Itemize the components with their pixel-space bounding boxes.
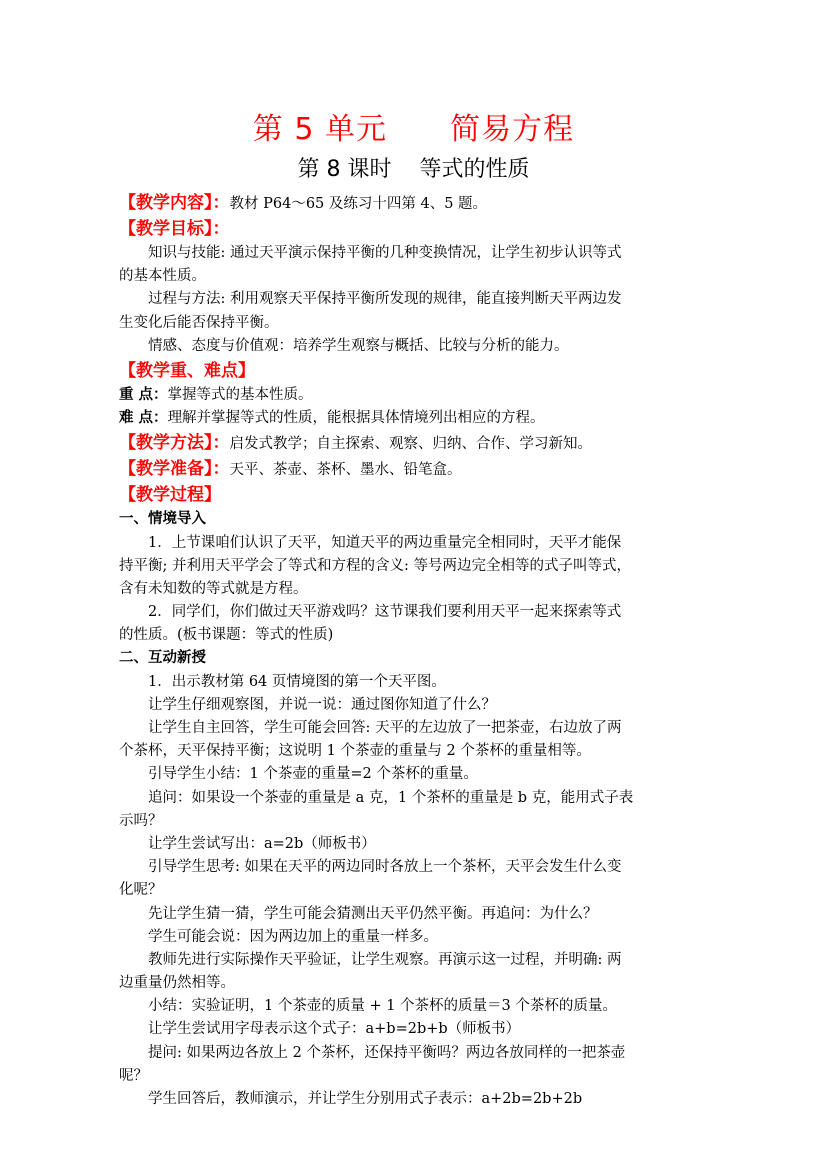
paragraph-line: 呢？ xyxy=(119,1065,709,1088)
paragraph-line: 先让学生猜一猜，学生可能会猜测出天平仍然平衡。再追问：为什么？ xyxy=(119,903,709,926)
paragraph-line: 教师先进行实际操作天平验证，让学生观察。再演示这一过程，并明确: 两 xyxy=(119,949,709,972)
key-point-label: 重 点： xyxy=(119,387,168,403)
teaching-preparation-text: 天平、茶壶、茶杯、墨水、铅笔盒。 xyxy=(230,462,462,478)
paragraph-line: 化呢？ xyxy=(119,879,709,902)
paragraph-line: 1．出示教材第 64 页情境图的第一个天平图。 xyxy=(119,671,709,694)
teaching-content-label: 【教学内容】： xyxy=(119,193,230,213)
key-point: 重 点：掌握等式的基本性质。 xyxy=(119,384,709,407)
key-points-label: 【教学重、难点】 xyxy=(119,361,255,381)
section-heading-intro: 一、情境导入 xyxy=(119,508,709,531)
teaching-process-label: 【教学过程】 xyxy=(119,485,221,505)
paragraph-line: 引导学生思考: 如果在天平的两边同时各放上一个茶杯，天平会发生什么变 xyxy=(119,856,709,879)
paragraph-line: 边重量仍然相等。 xyxy=(119,972,709,995)
paragraph-line: 2．同学们，你们做过天平游戏吗？这节课我们要利用天平一起来探索等式 xyxy=(119,601,709,624)
objective-paragraph-cont: 生变化后能否保持平衡。 xyxy=(119,312,709,335)
objective-paragraph-cont: 的基本性质。 xyxy=(119,265,709,288)
difficult-point-text: 理解并掌握等式的性质，能根据具体情境列出相应的方程。 xyxy=(168,410,545,426)
paragraph-line: 让学生尝试用字母表示这个式子：a+b=2b+b（师板书） xyxy=(119,1018,709,1041)
paragraph-line: 的性质。(板书课题：等式的性质) xyxy=(119,624,709,647)
paragraph-line: 让学生尝试写出：a=2b（师板书） xyxy=(119,833,709,856)
key-point-text: 掌握等式的基本性质。 xyxy=(168,387,313,403)
difficult-point: 难 点：理解并掌握等式的性质，能根据具体情境列出相应的方程。 xyxy=(119,407,709,430)
paragraph-line: 提问: 如果两边各放上 2 个茶杯，还保持平衡吗？两边各放同样的一把茶壶 xyxy=(119,1042,709,1065)
paragraph-line: 学生回答后，教师演示，并让学生分别用式子表示：a+2b=2b+2b xyxy=(119,1088,709,1111)
paragraph-line: 示吗？ xyxy=(119,810,709,833)
teaching-preparation: 【教学准备】：天平、茶壶、茶杯、墨水、铅笔盒。 xyxy=(119,456,709,482)
paragraph-line: 引导学生小结：1 个茶壶的重量=2 个茶杯的重量。 xyxy=(119,763,709,786)
paragraph-line: 1．上节课咱们认识了天平，知道天平的两边重量完全相同时，天平才能保 xyxy=(119,532,709,555)
paragraph-line: 小结：实验证明，1 个茶壶的质量 + 1 个茶杯的质量＝3 个茶杯的质量。 xyxy=(119,995,709,1018)
difficult-point-label: 难 点： xyxy=(119,410,168,426)
teaching-objectives-heading: 【教学目标】： xyxy=(119,216,709,242)
teaching-methods-text: 启发式教学；自主探索、观察、归纳、合作、学习新知。 xyxy=(230,436,593,452)
teaching-objectives-label: 【教学目标】： xyxy=(119,219,230,239)
teaching-process-heading: 【教学过程】 xyxy=(119,482,709,508)
teaching-content-text: 教材 P64～65 及练习十四第 4、5 题。 xyxy=(230,196,488,212)
document-page: 第 5 单元 简易方程 第 8 课时 等式的性质 【教学内容】：教材 P64～6… xyxy=(0,0,827,1169)
paragraph-line: 让学生仔细观察图，并说一说：通过图你知道了什么？ xyxy=(119,694,709,717)
paragraph-line: 含有未知数的等式就是方程。 xyxy=(119,578,709,601)
paragraph-line: 追问：如果设一个茶壶的重量是 a 克，1 个茶杯的重量是 b 克，能用式子表 xyxy=(119,787,709,810)
paragraph-line: 学生可能会说：因为两边加上的重量一样多。 xyxy=(119,926,709,949)
lesson-title: 第 8 课时 等式的性质 xyxy=(0,152,827,183)
teaching-methods: 【教学方法】：启发式教学；自主探索、观察、归纳、合作、学习新知。 xyxy=(119,430,709,456)
unit-title: 第 5 单元 简易方程 xyxy=(0,104,827,148)
paragraph-line: 持平衡; 并利用天平学会了等式和方程的含义: 等号两边完全相等的式子叫等式， xyxy=(119,555,709,578)
teaching-methods-label: 【教学方法】： xyxy=(119,433,230,453)
teaching-content: 【教学内容】：教材 P64～65 及练习十四第 4、5 题。 xyxy=(119,190,709,216)
objective-paragraph: 过程与方法: 利用观察天平保持平衡所发现的规律，能直接判断天平两边发 xyxy=(119,288,709,311)
paragraph-line: 让学生自主回答，学生可能会回答: 天平的左边放了一把茶壶，右边放了两 xyxy=(119,717,709,740)
document-body: 【教学内容】：教材 P64～65 及练习十四第 4、5 题。 【教学目标】： 知… xyxy=(119,190,709,1111)
teaching-preparation-label: 【教学准备】： xyxy=(119,459,230,479)
key-points-heading: 【教学重、难点】 xyxy=(119,358,709,384)
paragraph-line: 个茶杯，天平保持平衡；这说明 1 个茶壶的重量与 2 个茶杯的重量相等。 xyxy=(119,740,709,763)
objective-paragraph: 知识与技能: 通过天平演示保持平衡的几种变换情况，让学生初步认识等式 xyxy=(119,242,709,265)
section-heading-new-lesson: 二、互动新授 xyxy=(119,647,709,670)
objective-paragraph: 情感、态度与价值观：培养学生观察与概括、比较与分析的能力。 xyxy=(119,335,709,358)
